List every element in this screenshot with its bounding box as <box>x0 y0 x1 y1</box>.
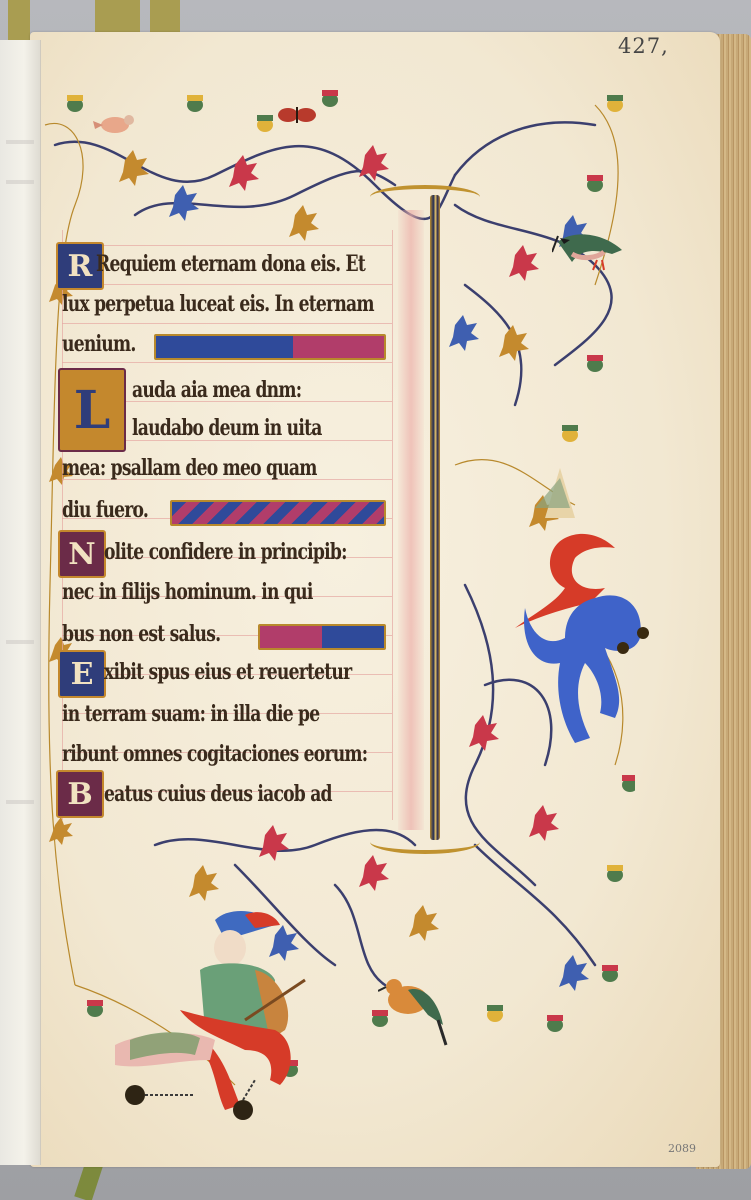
initial-letter-e: E <box>58 650 106 698</box>
text-line: eatus cuius deus iacob ad <box>104 774 332 814</box>
line-filler-ornament <box>170 500 386 526</box>
text-line: Requiem eternam dona eis. Et <box>96 244 365 284</box>
text-line: mea: psallam deo meo quam <box>62 448 317 488</box>
hybrid-beast-illustration <box>505 468 655 758</box>
text-line: nec in filijs hominum. in qui <box>62 572 313 612</box>
frame-shading <box>398 210 424 830</box>
text-line: auda aia mea dnm: <box>132 370 301 410</box>
fiddler-jester-illustration <box>95 900 325 1130</box>
text-line: bus non est salus. <box>62 614 220 654</box>
gold-frame-bar <box>430 195 440 840</box>
frame-bottom-flourish <box>370 830 480 854</box>
text-line: in terram suam: in illa die pe <box>62 694 319 734</box>
facing-leaf <box>0 40 41 1165</box>
frame-top-flourish <box>370 185 480 209</box>
bird-bottom-icon <box>378 965 448 1050</box>
text-line: lux perpetua luceat eis. In eternam <box>62 284 374 324</box>
line-filler-ornament <box>258 624 386 650</box>
text-line: xibit spus eius et reuertetur <box>104 652 351 692</box>
initial-letter-b: B <box>56 770 104 818</box>
text-line: laudabo deum in uita <box>132 408 322 448</box>
initial-letter-l: L <box>58 368 126 452</box>
line-filler-ornament <box>154 334 386 360</box>
text-line: ribunt omnes cogitaciones eorum: <box>62 734 367 774</box>
text-line: uenium. <box>62 324 136 364</box>
text-line: olite confidere in principib: <box>104 532 347 572</box>
woodpecker-icon <box>552 222 627 272</box>
text-line: diu fuero. <box>62 490 148 530</box>
shelfmark-note: 2089 <box>668 1142 696 1155</box>
initial-letter-n: N <box>58 530 106 578</box>
folio-number: 427, <box>618 34 669 58</box>
